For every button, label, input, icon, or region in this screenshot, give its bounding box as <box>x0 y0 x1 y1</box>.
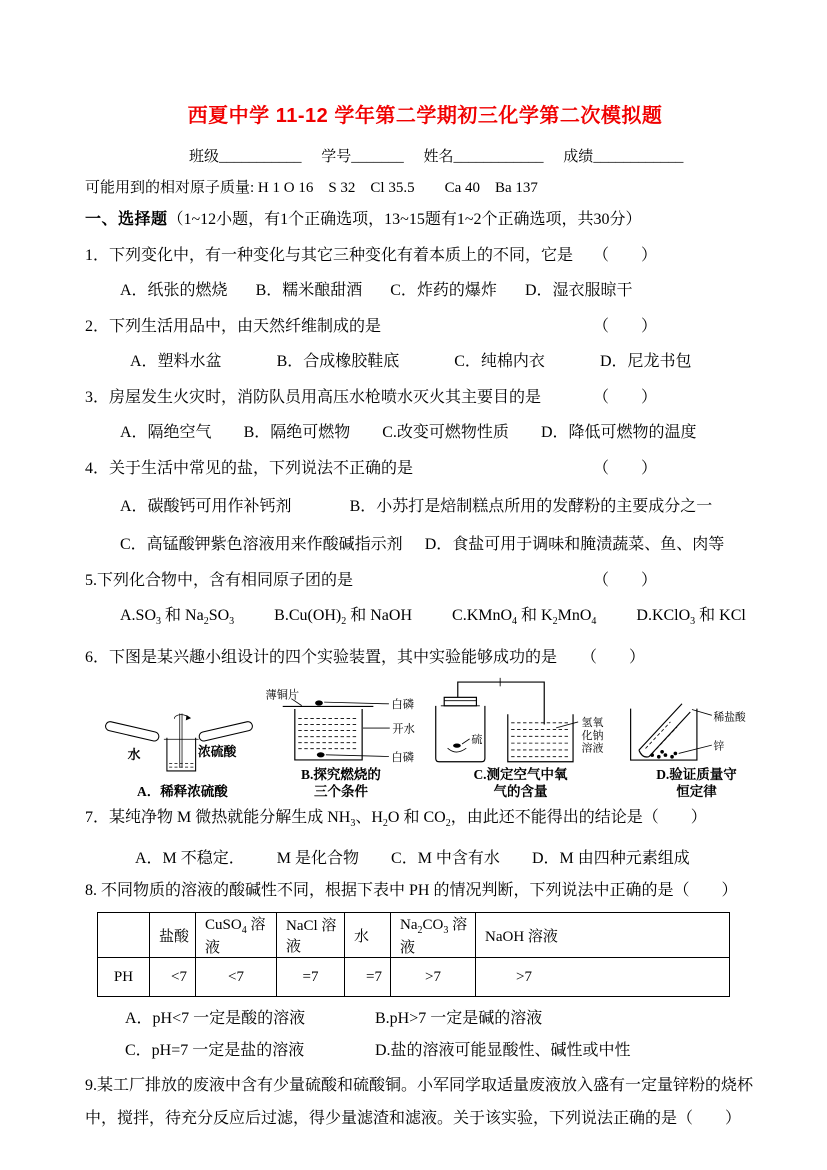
pouring-vessel-left <box>105 721 160 742</box>
diagram-d-caption-line2: 恒定律 <box>676 783 717 800</box>
question-4-stem: 4．关于生活中常见的盐，下列说法不正确的是 <box>85 457 413 480</box>
question-1-answer-bracket: （ ） <box>593 244 657 267</box>
header-cell-empty <box>98 913 150 958</box>
ph-table: 盐酸 CuSO4 溶液 NaCl 溶液 水 Na2CO3 溶液 NaOH 溶液 … <box>97 912 730 997</box>
section-title: 一、选择题 <box>85 211 168 228</box>
header-cell-nacl: NaCl 溶液 <box>277 913 345 958</box>
diagram-d-mass-conservation: 稀盐酸 锌 D.验证质量守 恒定律 <box>624 687 769 800</box>
beaker-outline <box>295 709 362 760</box>
question-1: 1．下列变化中，有一种变化与其它三种变化有着本质上的不同，它是（ ） A．纸张的… <box>85 244 765 302</box>
question-3-option-c: C.改变可燃物性质 <box>382 421 509 444</box>
question-7-stem: 7．某纯净物 M 微热就能分解生成 NH3、H2O 和 CO2，由此还不能得出的… <box>85 806 707 835</box>
diagram-b-caption-line2: 三个条件 <box>314 783 368 800</box>
student-info-line: 班级___________ 学号_______ 姓名____________ 成… <box>85 146 765 168</box>
question-8-stem: 8. 不同物质的溶液的酸碱性不同，根据下表中 PH 的情况判断，下列说法中正确的… <box>85 879 737 902</box>
class-field: 班级___________ <box>189 149 302 165</box>
ph-table-value-row: PH <7 <7 =7 =7 >7 >7 <box>98 958 730 997</box>
white-phosphorus-on-sheet <box>315 701 323 706</box>
question-6-apparatus-diagrams: 水 浓硫酸 A．稀释浓硫酸 薄铜片 白磷 <box>103 677 765 800</box>
question-7-option-a: A．M 不稳定． <box>135 847 245 870</box>
stirring-rod <box>180 714 182 768</box>
name-blank: ____________ <box>454 149 544 165</box>
diagram-d-caption-line1: D.验证质量守 <box>656 766 737 783</box>
question-1-stem: 1．下列变化中，有一种变化与其它三种变化有着本质上的不同，它是 <box>85 244 573 267</box>
question-3-option-d: D．降低可燃物的温度 <box>541 421 697 444</box>
question-4-option-b: B．小苏打是焙制糕点所用的发酵粉的主要成分之一 <box>350 495 713 518</box>
diagram-a-dilute-acid: 水 浓硫酸 A．稀释浓硫酸 <box>103 709 255 800</box>
question-1-option-b: B．糯米酿甜酒 <box>256 279 363 302</box>
label-dilute-hcl: 稀盐酸 <box>713 710 746 723</box>
label-white-phosphorus-bottom: 白磷 <box>391 750 413 764</box>
question-6-stem: 6．下图是某兴趣小组设计的四个实验装置，其中实验能够成功的是 （ ） <box>85 646 645 669</box>
value-cell-na2co3: >7 <box>391 958 476 997</box>
leader-sulfur <box>462 739 470 744</box>
section-heading: 一、选择题（1~12小题，有1个正确选项，13~15题有1~2个正确选项，共30… <box>85 208 765 231</box>
bottle-stopper <box>444 698 476 706</box>
zinc-dot <box>660 750 664 754</box>
diagram-a-drawing: 水 浓硫酸 <box>103 709 255 777</box>
diagram-c-oxygen-measurement: 硫 氢氧 化钠 溶液 C.测定空气中氧 气的含量 <box>427 677 614 800</box>
page-title: 西夏中学 11-12 学年第二学期初三化学第二次模拟题 <box>85 102 765 130</box>
question-4-option-d: D．食盐可用于调味和腌渍蔬菜、鱼、肉等 <box>425 533 725 556</box>
question-4-answer-bracket: （ ） <box>593 457 657 480</box>
question-1-option-a: A．纸张的燃烧 <box>120 279 228 302</box>
diagram-c-caption-line2: 气的含量 <box>494 783 548 800</box>
question-2-option-a: A．塑料水盆 <box>130 350 222 373</box>
diagram-a-caption: A．稀释浓硫酸 <box>137 783 228 800</box>
label-water: 水 <box>128 747 141 762</box>
connecting-tube <box>458 682 544 724</box>
question-9: 9.某工厂排放的废液中含有少量硫酸和硫酸铜。小军同学取适量废液放入盛有一定量锌粉… <box>85 1069 765 1135</box>
question-8-option-c: C．pH=7 一定是盐的溶液 <box>125 1039 375 1062</box>
question-7-option-c: C．M 中含有水 <box>391 847 500 870</box>
student-id-field: 学号_______ <box>321 149 404 165</box>
question-2-option-d: D．尼龙书包 <box>600 350 692 373</box>
student-id-label: 学号 <box>321 149 351 165</box>
label-hot-water: 开水 <box>392 722 414 736</box>
value-cell-naoh: >7 <box>476 958 730 997</box>
test-tube <box>639 704 690 757</box>
diagram-b-caption-line1: B.探究燃烧的 <box>301 766 381 783</box>
pouring-vessel-right <box>198 721 253 742</box>
question-2-option-c: C．纯棉内衣 <box>454 350 545 373</box>
label-sulfur: 硫 <box>471 732 482 746</box>
question-8-option-d: D.盐的溶液可能显酸性、碱性或中性 <box>375 1039 631 1062</box>
atomic-mass-note: 可能用到的相对原子质量: H 1 O 16 S 32 Cl 35.5 Ca 40… <box>85 177 765 199</box>
label-copper-sheet: 薄铜片 <box>265 688 299 702</box>
question-3-stem: 3．房屋发生火灾时，消防队员用高压水枪喷水灭火其主要目的是 <box>85 386 541 409</box>
question-8-option-a: A．pH<7 一定是酸的溶液 <box>125 1007 375 1030</box>
question-5-option-d: D.KClO3 和 KCl <box>636 604 745 633</box>
header-cell-cuso4: CuSO4 溶液 <box>196 913 277 958</box>
score-field: 成绩____________ <box>563 149 683 165</box>
label-naoh-line3: 溶液 <box>582 741 604 755</box>
header-cell-na2co3: Na2CO3 溶液 <box>391 913 476 958</box>
question-7: 7．某纯净物 M 微热就能分解生成 NH3、H2O 和 CO2，由此还不能得出的… <box>85 806 765 870</box>
question-1-option-c: C．炸药的爆炸 <box>390 279 497 302</box>
question-2: 2．下列生活用品中，由天然纤维制成的是（ ） A．塑料水盆 B．合成橡胶鞋底 C… <box>85 315 765 373</box>
question-7-option-b: M 是化合物 <box>277 847 359 870</box>
leader-zinc <box>679 745 712 753</box>
name-label: 姓名 <box>424 149 454 165</box>
value-cell-cuso4: <7 <box>196 958 277 997</box>
question-2-option-b: B．合成橡胶鞋底 <box>277 350 400 373</box>
question-4-option-c: C．高锰酸钾紫色溶液用来作酸碱指示剂 <box>120 533 403 556</box>
zinc-dot <box>664 753 668 757</box>
leader-dilute-hcl <box>692 710 712 716</box>
question-3-answer-bracket: （ ） <box>593 386 657 409</box>
value-cell-hcl: <7 <box>150 958 196 997</box>
question-2-stem: 2．下列生活用品中，由天然纤维制成的是 <box>85 315 381 338</box>
score-blank: ____________ <box>593 149 683 165</box>
question-7-option-d: D．M 由四种元素组成 <box>532 847 690 870</box>
zinc-dot <box>650 753 654 757</box>
question-6: 6．下图是某兴趣小组设计的四个实验装置，其中实验能够成功的是 （ ） 水 浓硫酸… <box>85 646 765 800</box>
zinc-dot <box>670 755 674 759</box>
student-id-blank: _______ <box>351 149 404 165</box>
row-label-ph: PH <box>98 958 150 997</box>
beaker-outline <box>167 738 196 771</box>
liquid-marks <box>169 764 193 768</box>
label-concentrated-sulfuric-acid: 浓硫酸 <box>198 744 237 759</box>
score-label: 成绩 <box>563 149 593 165</box>
label-white-phosphorus-top: 白磷 <box>391 697 413 711</box>
question-5-option-c: C.KMnO4 和 K2MnO4 <box>452 604 596 633</box>
question-5: 5.下列化合物中，含有相同原子团的是（ ） A.SO3 和 Na2SO3 B.C… <box>85 569 765 633</box>
question-3-option-b: B．隔绝可燃物 <box>244 421 351 444</box>
question-8-option-b: B.pH>7 一定是碱的溶液 <box>375 1007 542 1030</box>
zinc-dot <box>657 755 661 759</box>
question-1-option-d: D．湿衣服晾干 <box>525 279 633 302</box>
question-5-stem: 5.下列化合物中，含有相同原子团的是 <box>85 569 353 592</box>
header-cell-naoh: NaOH 溶液 <box>476 913 730 958</box>
label-zinc: 锌 <box>713 739 724 752</box>
exam-paper: 西夏中学 11-12 学年第二学期初三化学第二次模拟题 班级__________… <box>0 0 827 1135</box>
question-2-answer-bracket: （ ） <box>593 315 657 338</box>
white-phosphorus-in-water <box>317 752 325 757</box>
hot-water-hatch <box>298 719 358 749</box>
question-9-stem: 9.某工厂排放的废液中含有少量硫酸和硫酸铜。小军同学取适量废液放入盛有一定量锌粉… <box>85 1077 753 1127</box>
ph-table-header-row: 盐酸 CuSO4 溶液 NaCl 溶液 水 Na2CO3 溶液 NaOH 溶液 <box>98 913 730 958</box>
naoh-solution-hatch <box>511 723 569 757</box>
question-3: 3．房屋发生火灾时，消防队员用高压水枪喷水灭火其主要目的是（ ） A．隔绝空气 … <box>85 386 765 444</box>
question-5-answer-bracket: （ ） <box>593 569 657 592</box>
label-naoh-line1: 氢氧 <box>582 715 604 729</box>
question-5-option-a: A.SO3 和 Na2SO3 <box>120 604 234 633</box>
swirl-arrow <box>174 715 188 719</box>
label-naoh-line2: 化钠 <box>582 728 604 742</box>
leader-phosphorus-top <box>324 702 389 704</box>
question-5-option-b: B.Cu(OH)2 和 NaOH <box>274 604 412 633</box>
name-field: 姓名____________ <box>424 149 544 165</box>
zinc-dot <box>674 752 678 756</box>
section-note: （1~12小题，有1个正确选项，13~15题有1~2个正确选项，共30分） <box>168 211 642 228</box>
diagram-d-drawing: 稀盐酸 锌 <box>624 687 769 766</box>
swirl-arrowhead <box>186 715 191 720</box>
class-label: 班级 <box>189 149 219 165</box>
diagram-c-caption-line1: C.测定空气中氧 <box>473 766 567 783</box>
question-8: 8. 不同物质的溶液的酸碱性不同，根据下表中 PH 的情况判断，下列说法中正确的… <box>85 879 765 1062</box>
diagram-c-drawing: 硫 氢氧 化钠 溶液 <box>427 677 614 766</box>
header-cell-hcl: 盐酸 <box>150 913 196 958</box>
question-3-option-a: A．隔绝空气 <box>120 421 212 444</box>
question-4-option-a: A．碳酸钙可用作补钙剂 <box>120 495 292 518</box>
header-cell-water: 水 <box>345 913 391 958</box>
leader-phosphorus-bottom <box>326 755 389 757</box>
question-4: 4．关于生活中常见的盐，下列说法不正确的是（ ） A．碳酸钙可用作补钙剂 B．小… <box>85 457 765 556</box>
diagram-b-drawing: 薄铜片 白磷 开水 白磷 <box>265 684 417 766</box>
sulfur-sample <box>453 744 461 748</box>
stopper-lines <box>441 701 480 706</box>
combustion-dish <box>448 748 467 752</box>
class-blank: ___________ <box>219 149 302 165</box>
diagram-b-combustion-conditions: 薄铜片 白磷 开水 白磷 B.探究燃烧的 三个条件 <box>265 684 417 800</box>
value-cell-water: =7 <box>345 958 391 997</box>
beaker-outline <box>508 714 573 761</box>
value-cell-nacl: =7 <box>277 958 345 997</box>
